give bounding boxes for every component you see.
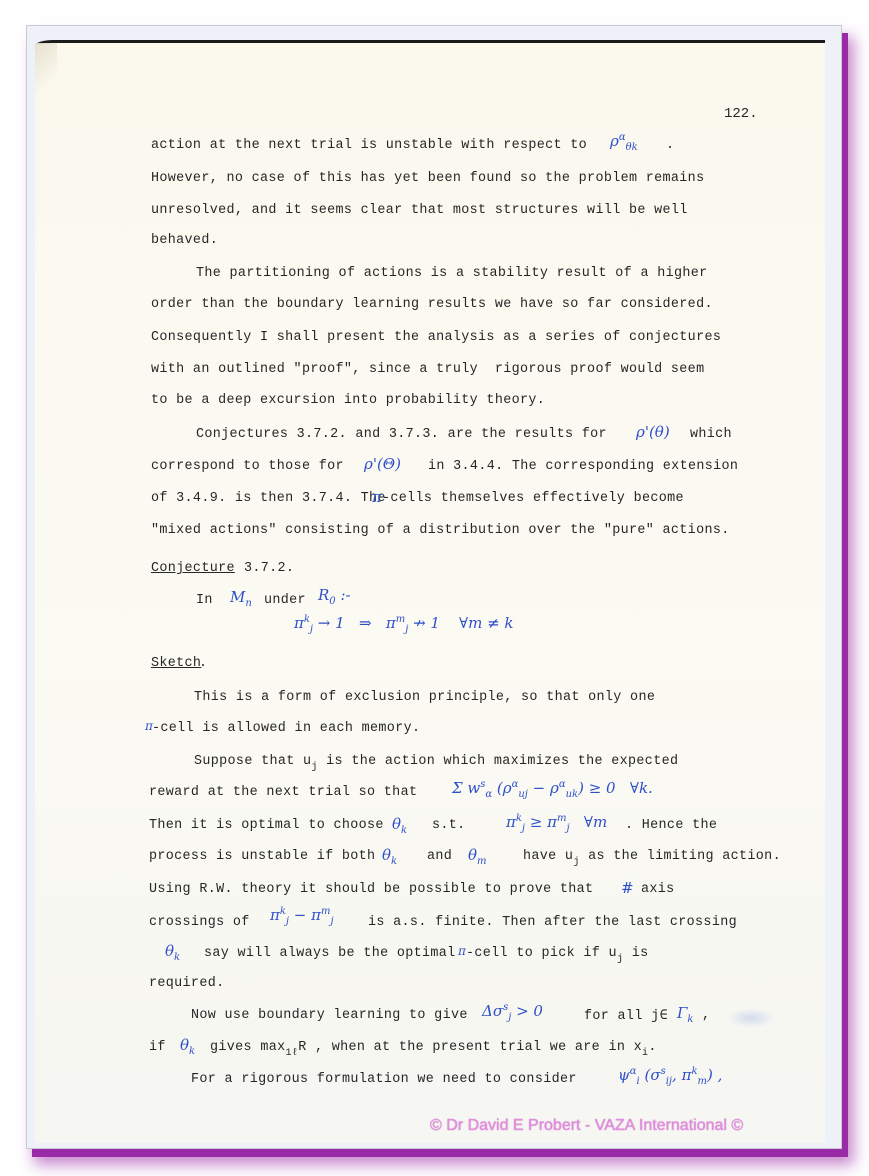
text-line: s.t. [432, 818, 466, 833]
text-line: Using R.W. theory it should be possible … [149, 882, 593, 897]
text-line: and [427, 849, 452, 864]
text-line: Consequently I shall present the analysi… [151, 330, 721, 345]
text-line: -cell is allowed in each memory. [152, 721, 420, 736]
text-line: However, no case of this has yet been fo… [151, 171, 704, 186]
text-line: Then it is optimal to choose [149, 818, 384, 833]
text-line: This is a form of exclusion principle, s… [194, 690, 655, 705]
handwritten-math: π [372, 488, 382, 506]
sketch-heading: Sketch [151, 656, 201, 671]
handwritten-math: θk [180, 1036, 195, 1057]
handwritten-math: Δσsj > 0 [482, 1002, 543, 1023]
text-line: is a.s. finite. Then after the last cros… [368, 915, 737, 930]
text-line: . [199, 656, 207, 671]
text-line: order than the boundary learning results… [151, 297, 713, 312]
text-line: Suppose that uj is the action which maxi… [194, 754, 678, 769]
handwritten-math: θk [382, 846, 397, 867]
handwritten-math: Γk [677, 1004, 693, 1025]
text-line: "mixed actions" consisting of a distribu… [151, 523, 730, 538]
text-line: required. [149, 976, 224, 991]
text-line: axis [641, 882, 675, 897]
copyright-watermark: © Dr David E Probert - VAZA Internationa… [430, 1117, 743, 1135]
text-line: in 3.4.4. The corresponding extension [428, 459, 738, 474]
text-line: process is unstable if both [149, 849, 375, 864]
handwritten-math: π [458, 944, 466, 958]
text-line: , [702, 1008, 710, 1023]
text-line: for all j∈ [584, 1008, 668, 1024]
text-line: In [196, 593, 213, 608]
page-number: 122. [724, 106, 758, 122]
text-line: Now use boundary learning to give [191, 1008, 468, 1023]
handwritten-math: θk [392, 815, 407, 836]
handwritten-math: ρ'(Θ) [364, 455, 401, 473]
text-line: . [666, 138, 674, 153]
text-line: correspond to those for [151, 459, 344, 474]
text-line: say will always be the optimal [204, 946, 456, 961]
handwritten-math: ραθk [610, 132, 638, 153]
text-line: of 3.4.9. is then 3.7.4. The [151, 491, 386, 506]
handwritten-formula: Σ wsα (ραuj − ραuk) ≥ 0 ∀k. [452, 779, 653, 800]
text-line: under [264, 593, 306, 608]
handwritten-math: θm [468, 846, 487, 867]
text-line: crossings of [149, 915, 250, 930]
text-line: reward at the next trial so that [149, 785, 417, 800]
text-line: The partitioning of actions is a stabili… [196, 266, 708, 281]
conjecture-number: 3.7.2. [244, 561, 294, 576]
text-line: Conjectures 3.7.2. and 3.7.3. are the re… [196, 427, 607, 442]
text-line: to be a deep excursion into probability … [151, 393, 545, 408]
text-line: if [149, 1040, 166, 1055]
text-line: gives max1ℓR , when at the present trial… [210, 1040, 657, 1055]
text-line: . Hence the [625, 818, 717, 833]
handwritten-math: ρ'(θ) [636, 423, 670, 441]
text-line: For a rigorous formulation we need to co… [191, 1072, 577, 1087]
text-line: unresolved, and it seems clear that most… [151, 203, 688, 218]
text-line: -cell to pick if uj is [466, 946, 648, 961]
text-line: have uj as the limiting action. [523, 849, 781, 864]
handwritten-math: R0 :- [318, 586, 351, 607]
handwritten-math: θk [165, 942, 180, 963]
handwritten-math: # [621, 879, 634, 897]
handwritten-math: Mn [230, 588, 252, 609]
text-line: behaved. [151, 233, 218, 248]
handwritten-formula: ψαi (σsij, πkm) , [618, 1066, 722, 1087]
handwritten-formula: πkj → 1 ⇒ πmj ↛ 1 ∀m ≠ k [294, 614, 514, 635]
text-line: which [690, 427, 732, 442]
handwritten-math: πkj ≥ πmj ∀m [506, 813, 607, 834]
ink-smudge [726, 1008, 776, 1028]
text-line: with an outlined "proof", since a truly … [151, 362, 704, 377]
conjecture-heading: Conjecture [151, 561, 235, 576]
text-line: -cells themselves effectively become [382, 491, 684, 506]
text-line: action at the next trial is unstable wit… [151, 138, 587, 153]
handwritten-math: πkj − πmj [270, 906, 334, 927]
